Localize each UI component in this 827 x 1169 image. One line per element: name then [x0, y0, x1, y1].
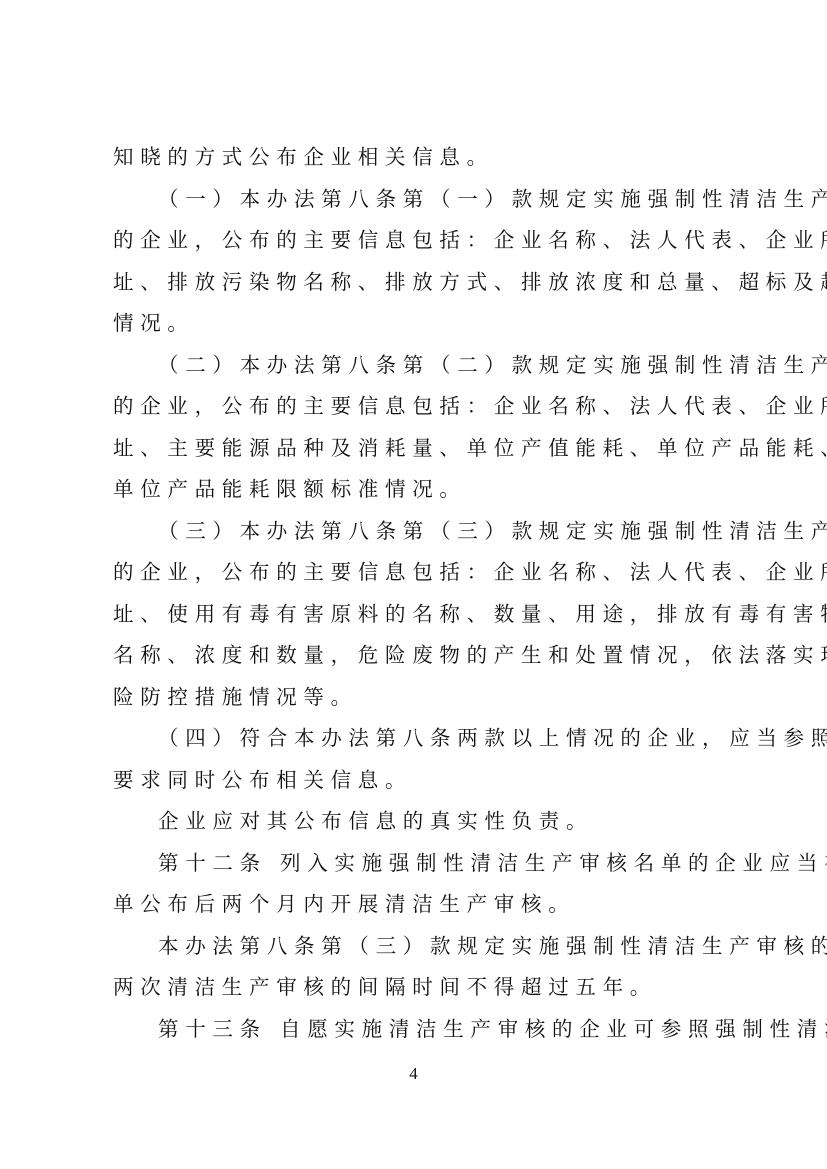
text-line: 址、主要能源品种及消耗量、单位产值能耗、单位产品能耗、超过 — [113, 432, 713, 474]
text-line: （三）本办法第八条第（三）款规定实施强制性清洁生产审核 — [113, 515, 713, 557]
text-line: 两次清洁生产审核的间隔时间不得超过五年。 — [113, 971, 713, 1013]
text-line: 知晓的方式公布企业相关信息。 — [113, 141, 713, 183]
text-line: （四）符合本办法第八条两款以上情况的企业，应当参照上述 — [113, 722, 713, 764]
document-page: 知晓的方式公布企业相关信息。 （一）本办法第八条第（一）款规定实施强制性清洁生产… — [0, 0, 827, 1169]
page-number: 4 — [0, 1064, 827, 1084]
text-line: 的企业，公布的主要信息包括：企业名称、法人代表、企业所在地 — [113, 390, 713, 432]
text-line: 址、使用有毒有害原料的名称、数量、用途，排放有毒有害物质的 — [113, 598, 713, 640]
text-line: 单公布后两个月内开展清洁生产审核。 — [113, 888, 713, 930]
text-line: 企业应对其公布信息的真实性负责。 — [113, 805, 713, 847]
text-line: 险防控措施情况等。 — [113, 681, 713, 723]
text-line: 的企业，公布的主要信息包括：企业名称、法人代表、企业所在地 — [113, 224, 713, 266]
body-text: 知晓的方式公布企业相关信息。 （一）本办法第八条第（一）款规定实施强制性清洁生产… — [113, 141, 713, 1054]
text-line: 单位产品能耗限额标准情况。 — [113, 473, 713, 515]
text-line: （二）本办法第八条第（二）款规定实施强制性清洁生产审核 — [113, 349, 713, 391]
text-line: 的企业，公布的主要信息包括：企业名称、法人代表、企业所在地 — [113, 556, 713, 598]
text-line: 址、排放污染物名称、排放方式、排放浓度和总量、超标及超总量 — [113, 266, 713, 308]
text-line: 要求同时公布相关信息。 — [113, 764, 713, 806]
text-line: （一）本办法第八条第（一）款规定实施强制性清洁生产审核 — [113, 183, 713, 225]
article-12-line: 第十二条 列入实施强制性清洁生产审核名单的企业应当在名 — [113, 847, 713, 889]
text-line: 本办法第八条第（三）款规定实施强制性清洁生产审核的企业， — [113, 930, 713, 972]
article-13-line: 第十三条 自愿实施清洁生产审核的企业可参照强制性清洁生 — [113, 1013, 713, 1055]
text-line: 名称、浓度和数量，危险废物的产生和处置情况，依法落实环境风 — [113, 639, 713, 681]
text-line: 情况。 — [113, 307, 713, 349]
